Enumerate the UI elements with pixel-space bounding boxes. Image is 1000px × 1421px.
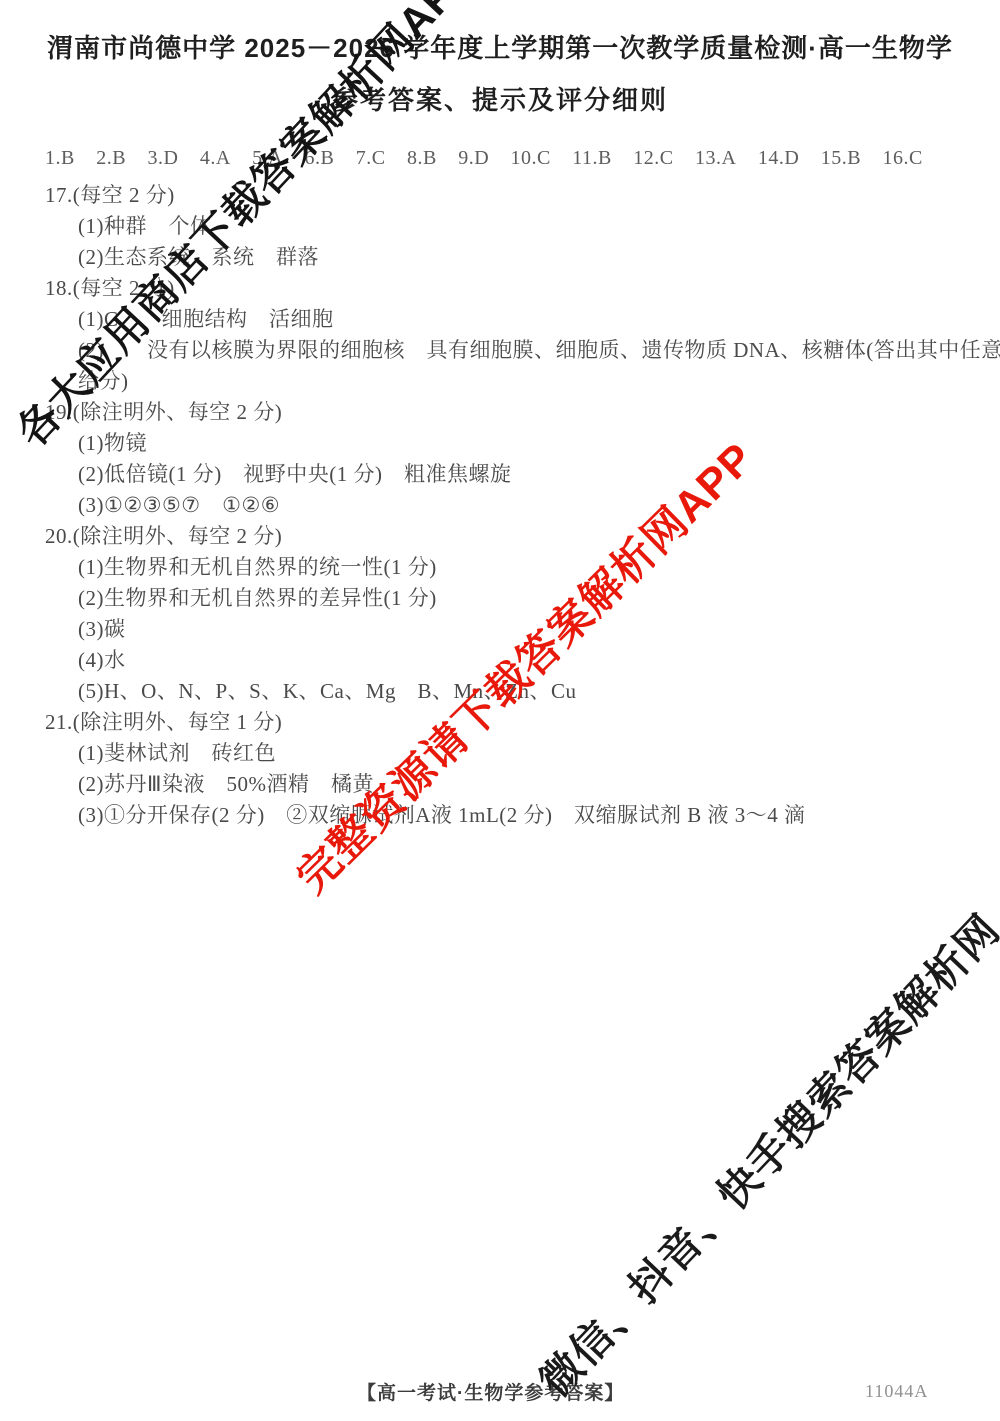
scanned-answer-sheet: 渭南市尚德中学 2025－2026 学年度上学期第一次教学质量检测·高一生物学 … [0, 0, 1000, 1421]
choice-answer: 1.B [45, 147, 75, 170]
choice-answer: 9.D [458, 147, 489, 170]
answer-line: (2)生态系统 系统 群落 [45, 242, 975, 273]
choice-answer: 16.C [882, 147, 922, 170]
choice-answer: 15.B [821, 147, 861, 170]
answer-line: (3)①分开保存(2 分) ②双缩脲试剂A液 1mL(2 分) 双缩脲试剂 B … [45, 800, 975, 831]
answer-line: 20.(除注明外、每空 2 分) [45, 521, 975, 552]
answer-line: (2)苏丹Ⅲ染液 50%酒精 橘黄 [45, 769, 975, 800]
answer-line: (2)生物界和无机自然界的差异性(1 分) [45, 583, 975, 614]
paper-code: 11044A [865, 1381, 928, 1402]
footer-exam-label: 【高一考试·生物学参考答案】 [357, 1378, 624, 1405]
answer-body: 17.(每空 2 分)(1)种群 个体(2)生态系统 系统 群落18.(每空 2… [45, 180, 975, 831]
choice-answer: 12.C [633, 147, 673, 170]
answer-line: (1)物镜 [45, 428, 975, 459]
answer-line: 21.(除注明外、每空 1 分) [45, 707, 975, 738]
answer-line: (1)斐林试剂 砖红色 [45, 738, 975, 769]
choice-answer: 5.A [252, 147, 283, 170]
watermark-bottom-right: 微信、抖音、快手搜索答案解析网 [533, 908, 1000, 1405]
answer-line: (4)水 [45, 645, 975, 676]
answer-line: 19.(除注明外、每空 2 分) [45, 397, 975, 428]
choice-answer: 6.B [305, 147, 335, 170]
choice-answer: 7.C [356, 147, 386, 170]
choice-answer: 2.B [96, 147, 126, 170]
choice-answer: 3.D [147, 147, 178, 170]
choice-answer: 8.B [407, 147, 437, 170]
answer-line: (1)C 细胞结构 活细胞 [45, 304, 975, 335]
answer-line: 17.(每空 2 分) [45, 180, 975, 211]
doc-title-line2: 参考答案、提示及评分细则 [0, 80, 1000, 117]
answer-line: (3)①②③⑤⑦ ①②⑥ [45, 490, 975, 521]
answer-line: (5)H、O、N、P、S、K、Ca、Mg B、Mn、Zn、Cu [45, 676, 975, 707]
answer-line: (2) 没有以核膜为界限的细胞核 具有细胞膜、细胞质、遗传物质 DNA、核糖体(… [45, 335, 975, 366]
choice-answers-row: 1.B2.B3.D4.A5.A6.B7.C8.B9.D10.C11.B12.C1… [45, 147, 923, 170]
choice-answer: 14.D [758, 147, 799, 170]
doc-title-line1: 渭南市尚德中学 2025－2026 学年度上学期第一次教学质量检测·高一生物学 [0, 28, 1000, 65]
choice-answer: 10.C [511, 147, 551, 170]
choice-answer: 13.A [695, 147, 736, 170]
choice-answer: 11.B [572, 147, 612, 170]
answer-line: 18.(每空 2 分) [45, 273, 975, 304]
answer-line: (1)生物界和无机自然界的统一性(1 分) [45, 552, 975, 583]
answer-line: (1)种群 个体 [45, 211, 975, 242]
choice-answer: 4.A [200, 147, 231, 170]
answer-line: (2)低倍镜(1 分) 视野中央(1 分) 粗准焦螺旋 [45, 459, 975, 490]
answer-line: 给分) [45, 366, 975, 397]
answer-line: (3)碳 [45, 614, 975, 645]
